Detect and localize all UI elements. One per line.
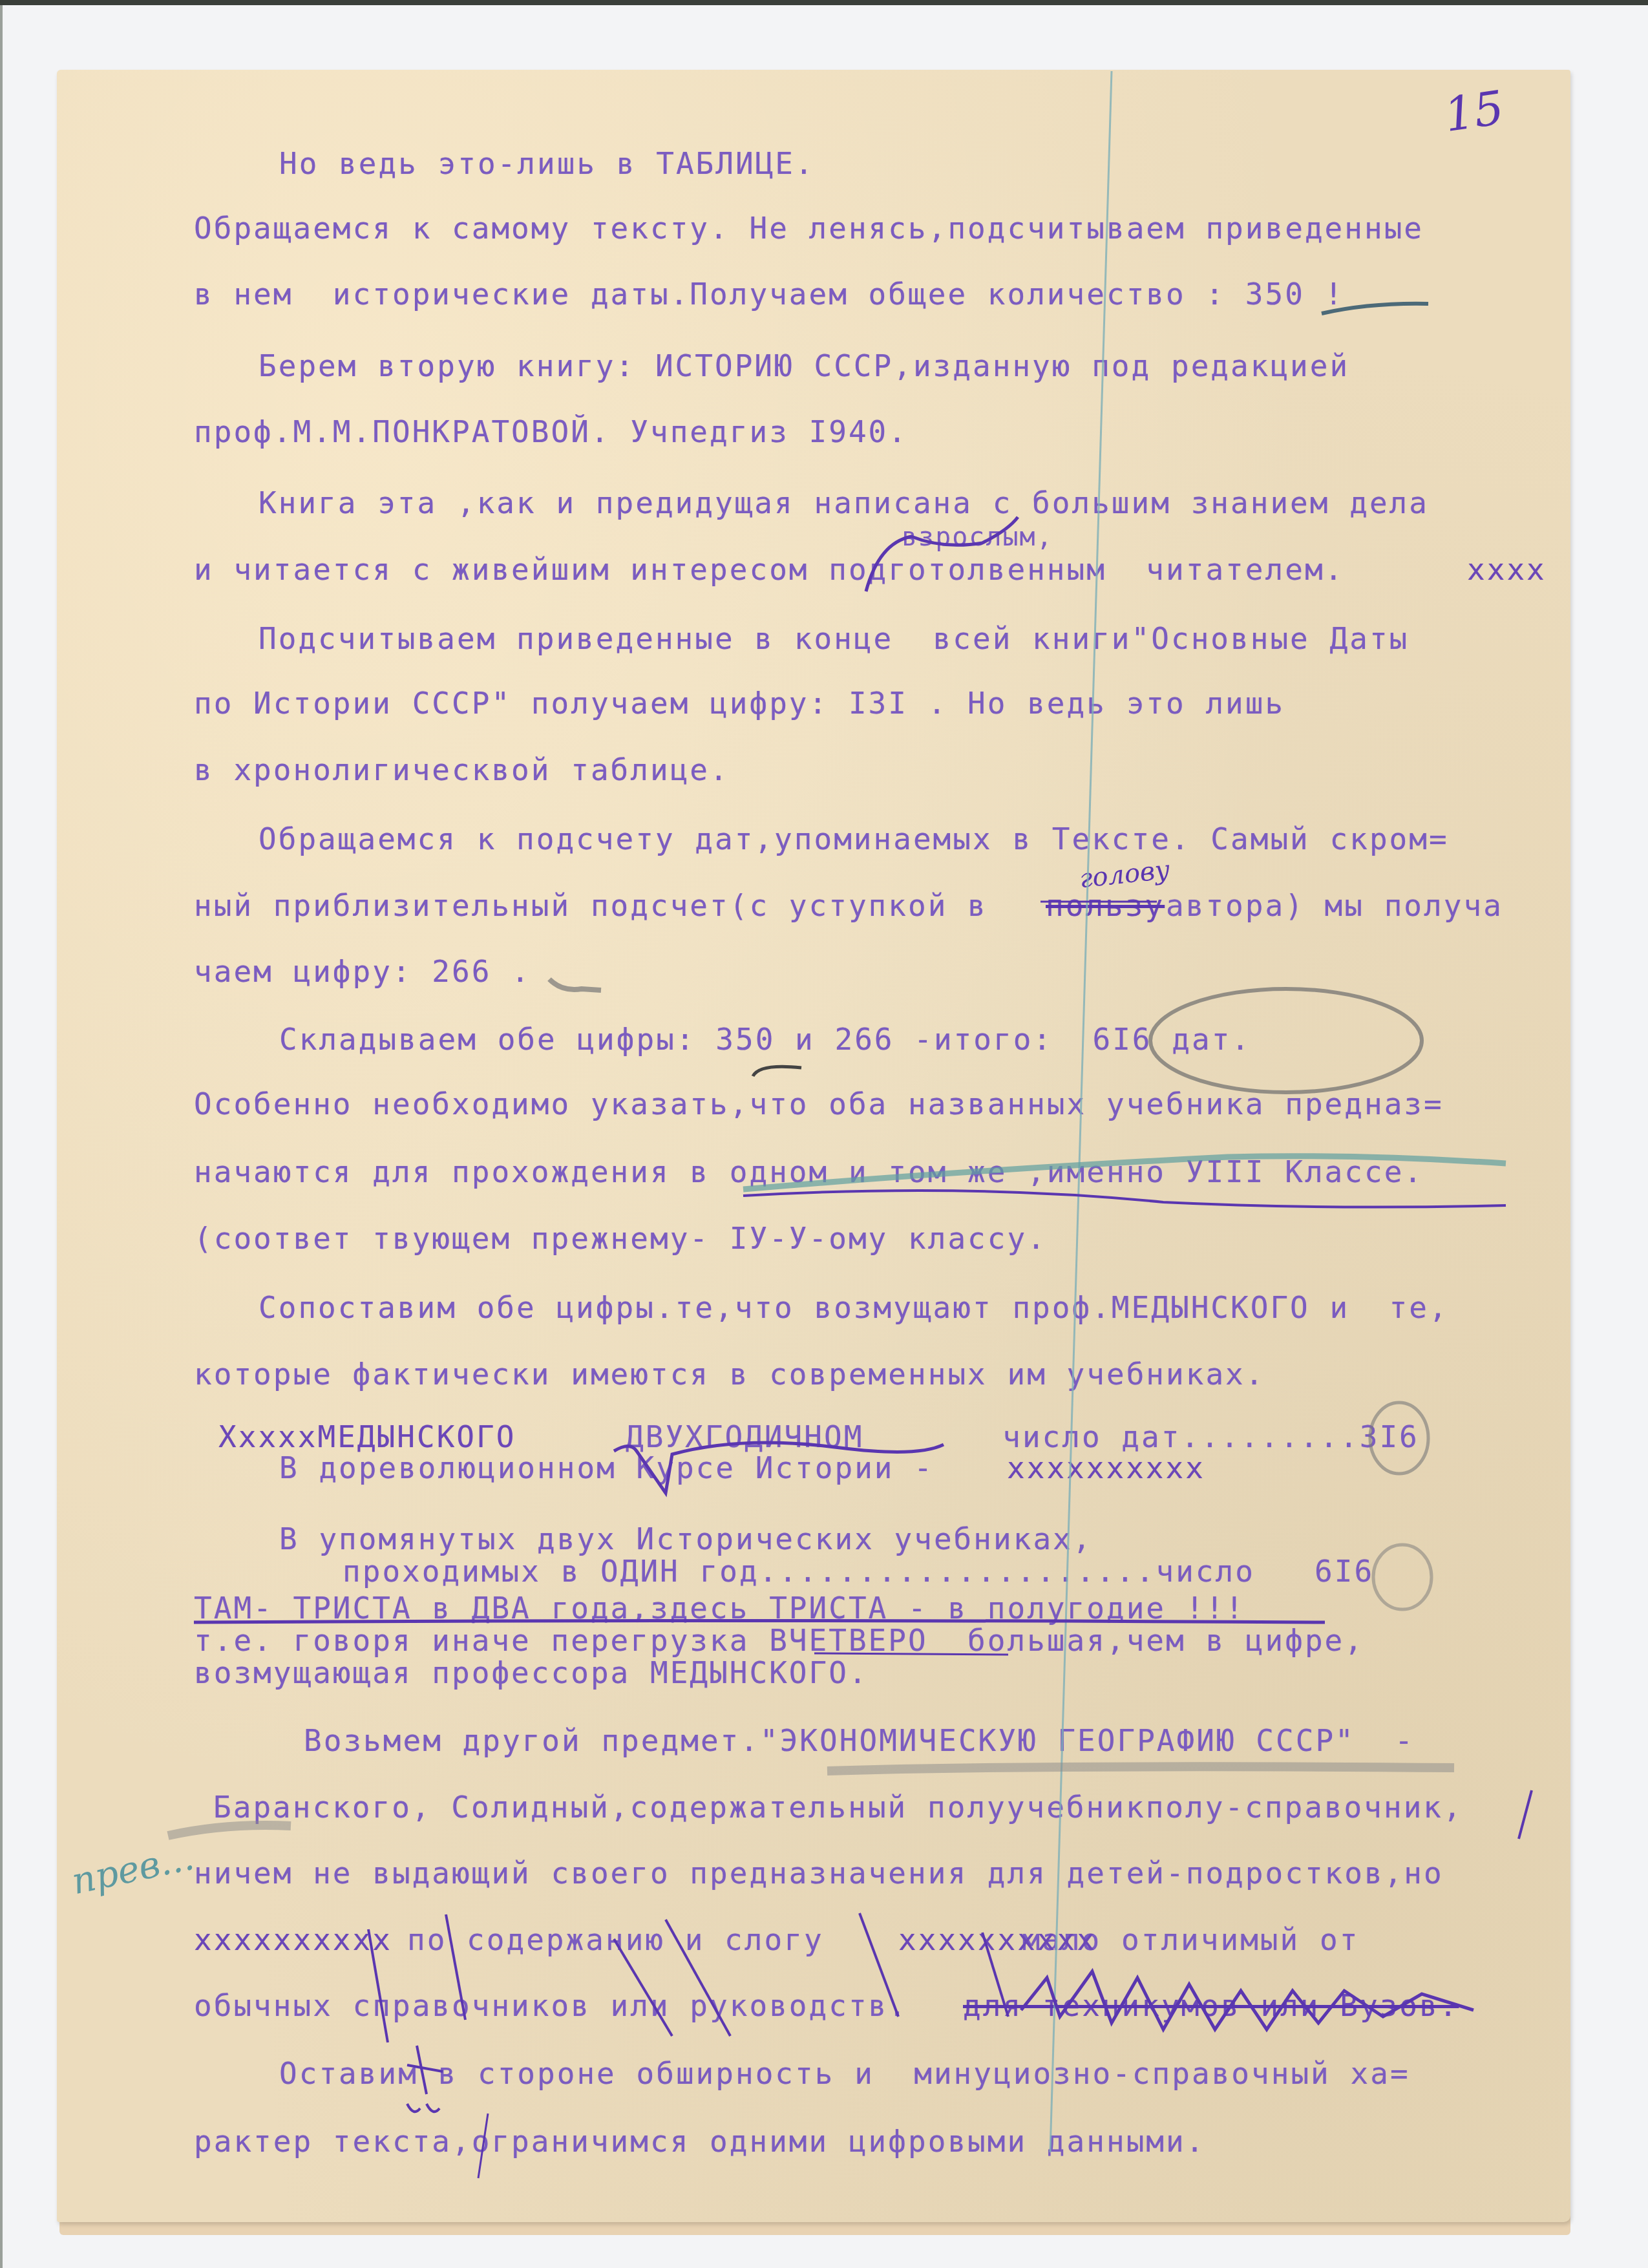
text-line-15: Особенно необходимо указать,что оба назв… — [194, 1089, 1444, 1119]
text-line-28: Баранского, Солидный,содержательный полу… — [213, 1792, 1463, 1822]
page-number: 15 — [1441, 80, 1507, 142]
text-line-7: и читается с живейшим интересом подготол… — [194, 555, 1344, 584]
struck-typed-xxxx: xxxx — [1467, 555, 1547, 584]
text-line-32: Оставим в стороне обширность и минуциозн… — [279, 2059, 1410, 2088]
text-line-8: Подсчитываем приведенные в конце всей кн… — [259, 624, 1409, 653]
struck-typed-medynskogo: ХххххМЕДЫНСКОГО — [218, 1422, 516, 1452]
text-line-21: В дореволюционном Курсе Истории - — [279, 1453, 934, 1483]
text-line-20-count-316: ДВУХГОДИЧНОМ число дат.........3I6 — [626, 1422, 1419, 1452]
text-line-12: ный приблизительный подсчет(с уступкой в… — [194, 891, 1503, 920]
text-line-29: ничем не выдающий своего предназначения … — [194, 1858, 1444, 1888]
text-line-5: проф.М.М.ПОНКРАТОВОЙ. Учпедгиз I940. — [194, 417, 908, 447]
struck-typed-head: xxxxxxxxxx — [194, 1925, 392, 1955]
text-line-24-emphasis: ТАМ- ТРИСТА в ДВА года,здесь ТРИСТА - в … — [194, 1593, 1245, 1623]
text-line-3: в нем исторические даты.Получаем общее к… — [194, 279, 1344, 309]
text-line-18: Сопоставим обе цифры.те,что возмущают пр… — [259, 1293, 1449, 1322]
scanner-edge-left — [0, 5, 3, 2268]
text-line-4: Берем вторую книгу: ИСТОРИЮ СССР,изданну… — [259, 351, 1349, 381]
text-line-14-sum: Складываем обе цифры: 350 и 266 -итого: … — [279, 1024, 1251, 1054]
text-line-9: по Истории СССР" получаем цифру: I3I . Н… — [194, 688, 1285, 718]
struck-phrase-tekhnikumov: для техникумов или Вузов. — [963, 1991, 1459, 2020]
text-line-19: которые фактически имеются в современных… — [194, 1359, 1265, 1389]
text-line-11: Обращаемся к подсчету дат,упоминаемых в … — [259, 824, 1449, 854]
text-line-16: начаются для прохождения в одном и том ж… — [194, 1157, 1424, 1187]
text-line-2: Обращаемся к самому тексту. Не ленясь,по… — [194, 213, 1424, 243]
text-line-6: Книга эта ,как и предидущая написана с б… — [259, 488, 1429, 518]
struck-typed-mid: xxxxxxxxxx — [898, 1925, 1097, 1955]
handwritten-insertion-vzroslym: взрослым, — [902, 522, 1053, 552]
text-line-27: Возьмем другой предмет."ЭКОНОМИЧЕСКУЮ ГЕ… — [304, 1726, 1415, 1755]
text-line-26: возмущающая профессора МЕДЫНСКОГО. — [194, 1658, 869, 1688]
text-line-33: рактер текста,ограничимся одними цифровы… — [194, 2126, 1205, 2156]
text-line-17: (соответ твующем прежнему- IУ-У-ому клас… — [194, 1224, 1047, 1253]
text-line-31: обычных справочников или руководств. — [194, 1991, 908, 2020]
struck-typed-xxxx-2: xxxxxxxxxx — [1007, 1453, 1205, 1483]
text-line-13: чаем цифру: 266 . — [194, 957, 531, 986]
text-line-22: В упомянутых двух Исторических учебниках… — [279, 1524, 1092, 1554]
text-line-23-count-616: проходимых в ОДИН год...................… — [343, 1556, 1374, 1586]
text-line-25: т.е. говоря иначе перегрузка ВЧЕТВЕРО бо… — [194, 1626, 1364, 1655]
typewritten-page — [57, 70, 1570, 2222]
text-line-1: Но ведь это-лишь в ТАБЛИЦЕ. — [279, 149, 815, 178]
struck-word-polzu: пользу — [1046, 891, 1165, 920]
text-line-10: в хронолигическвой таблице. — [194, 755, 730, 785]
scanner-edge-top — [0, 0, 1648, 5]
text-line-30: по содержанию и слогу мало отличимый от — [407, 1925, 1359, 1955]
